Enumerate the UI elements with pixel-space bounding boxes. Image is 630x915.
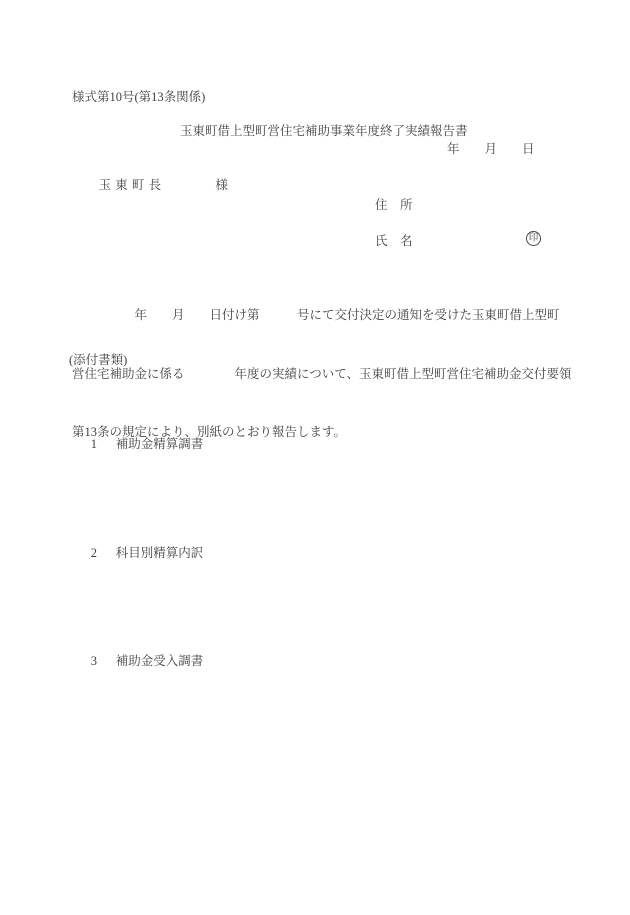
attachment-number: 3 — [91, 651, 116, 673]
attachments-header: (添付書類) — [69, 350, 127, 368]
document-page: 様式第10号(第13条関係) 玉東町借上型町営住宅補助事業年度終了実績報告書 年… — [0, 0, 630, 915]
attachment-item: 2科目別精算内訳 — [72, 521, 203, 586]
body-line-1: 年 月 日付け第 号にて交付決定の通知を受けた玉東町借上型町 — [72, 306, 572, 326]
attachment-number: 1 — [91, 434, 116, 456]
attachment-number: 2 — [91, 543, 116, 565]
name-label: 氏 名 — [375, 231, 413, 249]
seal-label: 印 — [529, 234, 539, 244]
attachment-item: 3補助金受入調書 — [72, 629, 203, 694]
seal-icon: 印 — [526, 231, 541, 246]
attachment-label: 科目別精算内訳 — [116, 546, 204, 560]
attachment-label: 補助金受入調書 — [116, 654, 204, 668]
document-title: 玉東町借上型町営住宅補助事業年度終了実績報告書 — [180, 121, 468, 139]
date-line: 年 月 日 — [447, 139, 535, 157]
addressee-honorific: 様 — [215, 178, 228, 192]
attachment-item: 1補助金精算調書 — [72, 412, 203, 477]
attachment-label: 補助金精算調書 — [116, 437, 204, 451]
attachments-list: 1補助金精算調書 2科目別精算内訳 3補助金受入調書 — [72, 369, 203, 738]
address-label: 住 所 — [375, 195, 413, 213]
addressee-row: 玉東町長様 — [86, 160, 228, 208]
addressee-name: 玉東町長 — [99, 178, 166, 192]
form-number: 様式第10号(第13条関係) — [72, 87, 205, 105]
